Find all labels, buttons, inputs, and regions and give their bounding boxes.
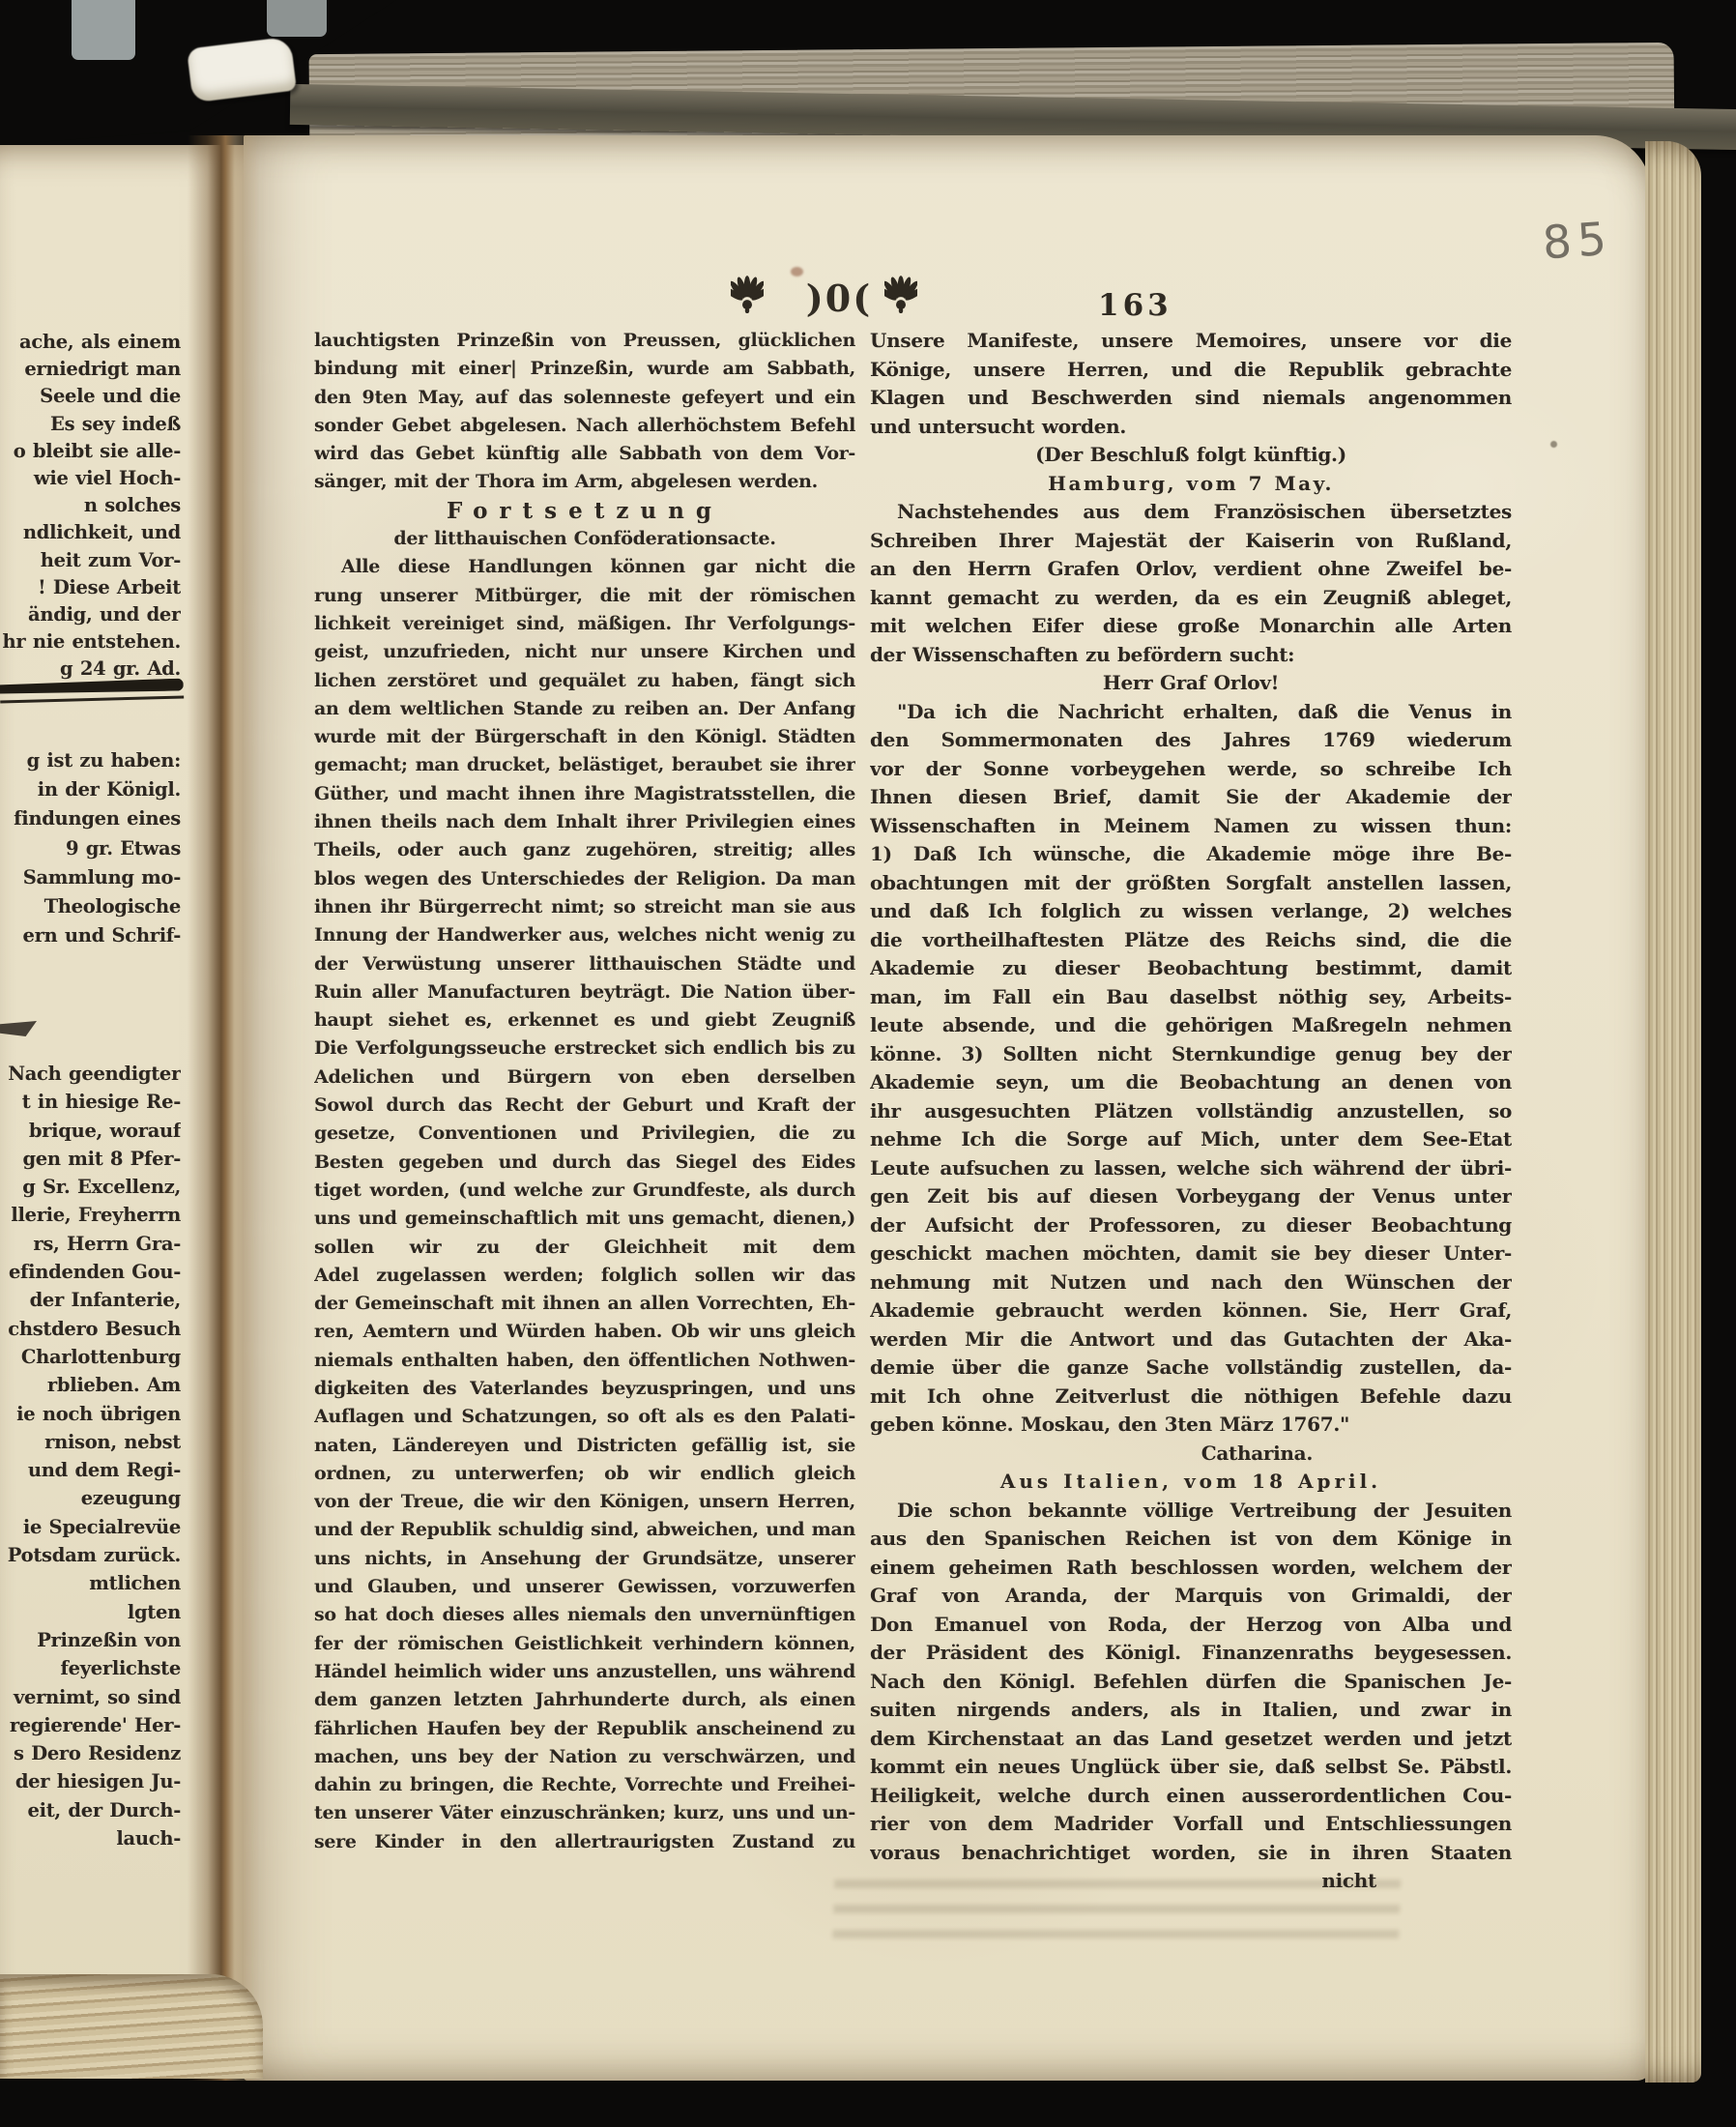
text-line: Sowol durch das Recht der Geburt und Kra… (314, 1092, 855, 1120)
text-line: Sammlung mo- (0, 863, 181, 892)
text-line: haupt siehet es, erkennet es und giebt Z… (314, 1006, 855, 1034)
text-line: brique, worauf (0, 1117, 181, 1145)
text-line: regierende' Her- (0, 1711, 181, 1739)
text-line: machen, uns bey der Nation zu verschwärz… (314, 1743, 855, 1771)
text-line: Klagen und Beschwerden sind niemals ange… (870, 384, 1512, 413)
text-line: mit Ich ohne Zeitverlust die nöthigen Be… (870, 1383, 1512, 1412)
text-line: der Infanterie, (0, 1286, 181, 1314)
text-line: Händel heimlich wider uns anzustellen, u… (314, 1658, 855, 1686)
text-line: mtlichen Kirchen (0, 1569, 181, 1597)
text-line: fährlichen Haufen bey der Republik ansch… (314, 1715, 855, 1743)
text-line: gen Zeit bis auf diesen Vorbeygang der V… (870, 1182, 1512, 1211)
folio-stamp: 85 (1541, 213, 1613, 271)
text-line: der Präsident des Königl. Finanzenraths … (870, 1639, 1512, 1668)
text-line: der Aufsicht der Professoren, zu dieser … (870, 1211, 1512, 1240)
ink-spot (1550, 441, 1557, 448)
text-line: ern und Schrif- (0, 921, 181, 950)
text-line: Auflagen und Schatzungen, so oft als es … (314, 1403, 855, 1431)
text-line: an den Herrn Grafen Orlov, verdient ohne… (870, 555, 1512, 584)
text-line: t in hiesige Re- (0, 1088, 181, 1116)
text-line: kommt ein neues Unglück über sie, daß se… (870, 1753, 1512, 1782)
text-line: geben könne. Moskau, den 3ten März 1767.… (870, 1411, 1512, 1440)
text-line: lauchtigsten Prinzeßin von Preussen, glü… (314, 327, 855, 355)
text-line: Leute aufsuchen zu lassen, welche sich w… (870, 1154, 1512, 1183)
text-line: gemacht; man drucket, belästiget, beraub… (314, 751, 855, 779)
text-line: sonder Gebet abgelesen. Nach allerhöchst… (314, 412, 855, 440)
text-line: findungen eines (0, 804, 181, 833)
bookmark-ribbon (187, 37, 297, 103)
text-line: leute absende, und die gehörigen Maßrege… (870, 1011, 1512, 1040)
text-line: nicht (870, 1867, 1512, 1896)
text-line: man, im Fall ein Bau daselbst nöthig sey… (870, 983, 1512, 1012)
text-line: Prinzeßin von (0, 1626, 181, 1654)
text-line: rier von dem Madrider Vorfall und Entsch… (870, 1810, 1512, 1839)
text-line: ihnen ihr Bürgerrecht nimt; so streicht … (314, 893, 855, 921)
text-line: eit, der Durch- (0, 1796, 181, 1824)
header-separator: )0( (791, 277, 887, 320)
text-line: Nachstehendes aus dem Französischen über… (870, 498, 1512, 527)
text-line: ndlichkeit, und (0, 519, 181, 546)
text-line: naten, Ländereyen und Districten gefälli… (314, 1432, 855, 1460)
text-line: Adel zugelassen werden; folglich sollen … (314, 1262, 855, 1290)
text-line: rblieben. Am (0, 1371, 181, 1399)
text-line: Akademie seyn, um die Beobachtung an den… (870, 1068, 1512, 1097)
text-line: Fortsetzung (314, 497, 855, 525)
text-line: g ist zu haben: (0, 746, 181, 775)
text-line: ordnen, zu unterwerfen; ob wir endlich g… (314, 1460, 855, 1488)
text-line: s Dero Residenz (0, 1739, 181, 1767)
text-line: Ihnen diesen Brief, damit Sie der Akadem… (870, 783, 1512, 812)
text-line: ache, als einem (0, 329, 181, 356)
text-line: dahin zu bringen, die Rechte, Vorrechte … (314, 1771, 855, 1799)
scanned-book-photo: { "header": { "separator": ")0(", "page_… (0, 0, 1736, 2127)
text-line: Potsdam zurück. (0, 1541, 181, 1569)
text-line: der Verwüstung unserer litthauischen Stä… (314, 950, 855, 978)
text-line: vernimt, so sind (0, 1683, 181, 1711)
text-line: demie über die ganze Sache vollständig z… (870, 1354, 1512, 1383)
text-line: Innung der Handwerker aus, welches nicht… (314, 921, 855, 949)
text-line: lichen zerstöret und gequälet zu haben, … (314, 667, 855, 695)
text-line: heit zum Vor- (0, 547, 181, 574)
shell-ornament-right-icon (884, 275, 917, 317)
text-line: Die Verfolgungsseuche erstrecket sich en… (314, 1034, 855, 1063)
text-line: geist, unzufrieden, nicht nur unsere Kir… (314, 638, 855, 666)
divider-line (0, 696, 184, 704)
text-line: ie Specialrevüe (0, 1513, 181, 1541)
text-line: sänger, mit der Thora im Arm, abgelesen … (314, 468, 855, 496)
text-line: Akademie zu dieser Beobachtung bestimmt,… (870, 954, 1512, 983)
text-line: Akademie gebraucht werden können. Sie, H… (870, 1297, 1512, 1326)
text-line: Ruin aller Manufacturen beyträgt. Die Na… (314, 978, 855, 1006)
text-line: g Sr. Excellenz, (0, 1173, 181, 1201)
text-line: sollen wir zu der Gleichheit mit dem röm… (314, 1234, 855, 1262)
text-line: Herr Graf Orlov! (870, 669, 1512, 698)
swelled-rule-divider (0, 677, 184, 709)
text-line: der hiesigen Ju- (0, 1767, 181, 1795)
text-line: einem geheimen Rath beschlossen worden, … (870, 1554, 1512, 1583)
text-line: lgten glücklichen (0, 1598, 181, 1626)
book-gutter-shadow (188, 135, 259, 2081)
text-line: ie noch übrigen (0, 1400, 181, 1428)
text-line: lichkeit vereiniget sind, mäßigen. Ihr V… (314, 610, 855, 638)
text-line: und Glauben, und unserer Gewissen, vorzu… (314, 1573, 855, 1601)
text-line: Hamburg, vom 7 May. (870, 470, 1512, 499)
text-line: und untersucht worden. (870, 413, 1512, 442)
text-line: gesetze, Conventionen und Privilegien, d… (314, 1120, 855, 1148)
bottom-page-curl (0, 1974, 263, 2079)
text-line: die vortheilhaftesten Plätze des Reichs … (870, 926, 1512, 955)
text-line: an dem weltlichen Stande zu reiben an. D… (314, 695, 855, 723)
text-line: o bleibt sie alle- (0, 438, 181, 465)
ink-spot (791, 267, 803, 277)
text-line: Güther, und macht ihnen ihre Magistratss… (314, 780, 855, 808)
text-line: nehme Ich die Sorge auf Mich, unter dem … (870, 1125, 1512, 1154)
text-line: 1) Daß Ich wünsche, die Akademie möge ih… (870, 840, 1512, 869)
fore-edge-page-stack (1645, 141, 1701, 2083)
text-line: Wissenschaften in Meinem Namen zu wissen… (870, 812, 1512, 841)
text-line: und der Republik schuldig sind, abweiche… (314, 1516, 855, 1544)
text-line: wird das Gebet künftig alle Sabbath von … (314, 440, 855, 468)
text-line: digkeiten des Vaterlandes beyzuspringen,… (314, 1375, 855, 1403)
page-stack-tab (267, 0, 327, 37)
text-line: efindenden Gou- (0, 1258, 181, 1286)
text-line: rs, Herrn Gra- (0, 1230, 181, 1258)
text-line: Könige, unsere Herren, und die Republik … (870, 356, 1512, 385)
text-line: und dem Regi- (0, 1456, 181, 1484)
text-line: Charlottenburg (0, 1343, 181, 1371)
text-line: niemals enthalten haben, den öffentliche… (314, 1347, 855, 1375)
text-line: bindung mit einer| Prinzeßin, wurde am S… (314, 355, 855, 383)
text-line: ezeugung Höchst- (0, 1484, 181, 1512)
text-line: tiget worden, (und welche zur Grundfeste… (314, 1177, 855, 1205)
text-line: den 9ten May, auf das solenneste gefeyer… (314, 384, 855, 412)
text-line: Schreiben Ihrer Majestät der Kaiserin vo… (870, 527, 1512, 556)
text-line: Es sey indeß (0, 411, 181, 438)
text-line: kannt gemacht zu werden, da es ein Zeugn… (870, 584, 1512, 613)
text-line: den Sommermonaten des Jahres 1769 wieder… (870, 726, 1512, 755)
text-line: könne. 3) Sollten nicht Sternkundige gen… (870, 1040, 1512, 1069)
text-line: der Wissenschaften zu befördern sucht: (870, 641, 1512, 670)
text-line: wurde mit der Bürgerschaft in den Königl… (314, 723, 855, 751)
text-line: geschickt machen möchten, damit sie bey … (870, 1239, 1512, 1268)
text-line: gen mit 8 Pfer- (0, 1145, 181, 1173)
text-line: uns und gemeinschaftlich mit uns gemacht… (314, 1205, 855, 1233)
text-line: Unsere Manifeste, unsere Memoires, unser… (870, 327, 1512, 356)
text-line: Nach geendigter (0, 1060, 181, 1088)
shell-ornament-left-icon (731, 275, 764, 317)
text-line: Aus Italien, vom 18 April. (870, 1468, 1512, 1497)
text-line: dem Kirchenstaat an das Land gesetzet we… (870, 1725, 1512, 1754)
text-line: obachtungen mit der größten Sorgfalt ans… (870, 869, 1512, 898)
text-line: in der Königl. (0, 775, 181, 804)
left-fragment-column-middle: g ist zu haben:in der Königl.findungen e… (0, 746, 181, 950)
text-line: voraus benachrichtiget worden, sie in ih… (870, 1839, 1512, 1868)
text-line: Theologische (0, 892, 181, 921)
text-line: nehmung mit Nutzen und nach den Wünschen… (870, 1268, 1512, 1297)
page-number: 163 (1098, 288, 1172, 323)
text-line: Die schon bekannte völlige Vertreibung d… (870, 1497, 1512, 1526)
text-line: aus den Spanischen Reichen ist von dem K… (870, 1525, 1512, 1554)
text-line: ten unserer Väter einzuschränken; kurz, … (314, 1799, 855, 1827)
text-line: "Da ich die Nachricht erhalten, daß die … (870, 698, 1512, 727)
text-line: von der Treue, die wir den Königen, unse… (314, 1488, 855, 1516)
text-line: n solches schönes (0, 492, 181, 519)
text-line: und daß Ich folglich zu wissen verlange,… (870, 897, 1512, 926)
text-line: so hat doch dieses alles niemals den unv… (314, 1601, 855, 1629)
text-line: Don Emanuel von Roda, der Herzog von Alb… (870, 1611, 1512, 1640)
text-line: ren, Aemtern und Würden haben. Ob wir un… (314, 1318, 855, 1346)
text-line: Adelichen und Bürgern von eben derselben… (314, 1063, 855, 1092)
text-line: rnison, nebst den (0, 1428, 181, 1456)
text-line: der Gemeinschaft mit ihnen an allen Vorr… (314, 1290, 855, 1318)
text-line: der litthauischen Conföderationsacte. (314, 525, 855, 553)
text-line: feyerlichste Dank (0, 1654, 181, 1682)
text-line: wie viel Hoch- (0, 465, 181, 492)
text-line: blos wegen des Unterschiedes der Religio… (314, 865, 855, 893)
text-line: Heiligkeit, welche durch einen ausserord… (870, 1782, 1512, 1811)
text-line: lauch- (0, 1824, 181, 1852)
text-line: hr nie entstehen. (0, 628, 181, 656)
text-line: Besten gegeben und durch das Siegel des … (314, 1149, 855, 1177)
text-line: ändig, und der (0, 601, 181, 628)
left-text-column: lauchtigsten Prinzeßin von Preussen, glü… (314, 327, 855, 1856)
text-line: Alle diese Handlungen können gar nicht d… (314, 553, 855, 581)
text-line: vor der Sonne vorbeygehen werde, so schr… (870, 755, 1512, 784)
left-fragment-column-bottom: Nach geendigtert in hiesige Re-brique, w… (0, 1060, 181, 1852)
text-line: Seele und die (0, 383, 181, 410)
page-stack-tab (72, 0, 135, 60)
text-line: fer der römischen Geistlichkeit verhinde… (314, 1630, 855, 1658)
text-line: Graf von Aranda, der Marquis von Grimald… (870, 1582, 1512, 1611)
text-line: ihr ausgesuchten Plätzen vollständig anz… (870, 1097, 1512, 1126)
text-line: uns nichts, in Ansehung der Grundsätze, … (314, 1545, 855, 1573)
text-line: werden Mir die Antwort und das Gutachten… (870, 1326, 1512, 1355)
text-line: Theils, oder auch ganz zugehören, streit… (314, 836, 855, 864)
text-line: suiten nirgends anders, als in Italien, … (870, 1696, 1512, 1725)
text-line: rung unserer Mitbürger, die mit der römi… (314, 582, 855, 610)
text-line: ihnen theils nach dem Inhalt ihrer Privi… (314, 808, 855, 836)
divider-bar (0, 679, 184, 696)
text-line: erniedrigt man (0, 356, 181, 383)
text-line: (Der Beschluß folgt künftig.) (870, 441, 1512, 470)
text-line: 9 gr. Etwas (0, 834, 181, 863)
text-line: dem ganzen letzten Jahrhunderte durch, a… (314, 1686, 855, 1714)
text-line: mit welchen Eifer diese große Monarchin … (870, 612, 1512, 641)
text-line: Nach den Königl. Befehlen dürfen die Spa… (870, 1668, 1512, 1697)
left-fragment-column-top: ache, als einemerniedrigt manSeele und d… (0, 329, 181, 683)
text-line: Catharina. (870, 1440, 1512, 1469)
text-line: sere Kinder in den allertraurigsten Zust… (314, 1828, 855, 1856)
text-line: ! Diese Arbeit (0, 574, 181, 601)
right-text-column: Unsere Manifeste, unsere Memoires, unser… (870, 327, 1512, 1896)
text-line: llerie, Freyherrn (0, 1201, 181, 1229)
text-line: chstdero Besuch (0, 1315, 181, 1343)
